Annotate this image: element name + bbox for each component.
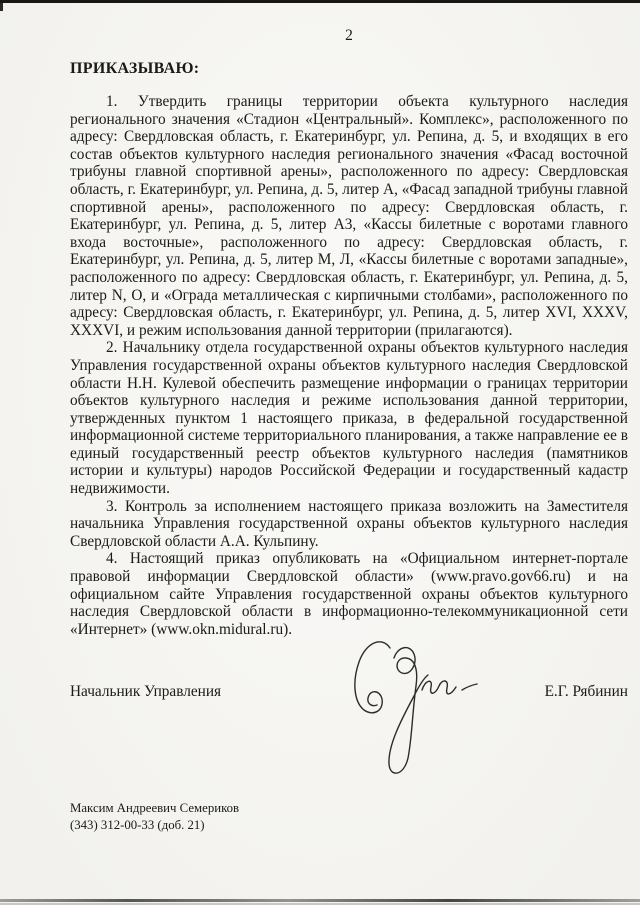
order-body: 1. Утвердить границы территории объекта … <box>70 93 628 638</box>
signature-position-title: Начальник Управления <box>70 683 221 701</box>
scan-edge-bottom <box>0 899 640 902</box>
scan-edge-left-notch <box>0 3 3 11</box>
contact-phone: (343) 312-00-33 (доб. 21) <box>70 817 239 834</box>
order-paragraph-4: 4. Настоящий приказ опубликовать на «Офи… <box>70 550 628 638</box>
page-number: 2 <box>70 27 628 45</box>
signature-name: Е.Г. Рябинин <box>545 683 628 701</box>
contact-block: Максим Андреевич Семериков (343) 312-00-… <box>70 800 239 833</box>
order-paragraph-3: 3. Контроль за исполнением настоящего пр… <box>70 498 628 551</box>
handwritten-signature <box>338 626 498 798</box>
contact-name: Максим Андреевич Семериков <box>70 800 239 817</box>
order-paragraph-1: 1. Утвердить границы территории объекта … <box>70 93 628 339</box>
order-paragraph-2: 2. Начальнику отдела государственной охр… <box>70 339 628 497</box>
scan-edge-top <box>0 0 640 3</box>
signature-row: Начальник Управления Е.Г. Рябинин <box>70 683 628 701</box>
order-heading: ПРИКАЗЫВАЮ: <box>70 60 199 78</box>
